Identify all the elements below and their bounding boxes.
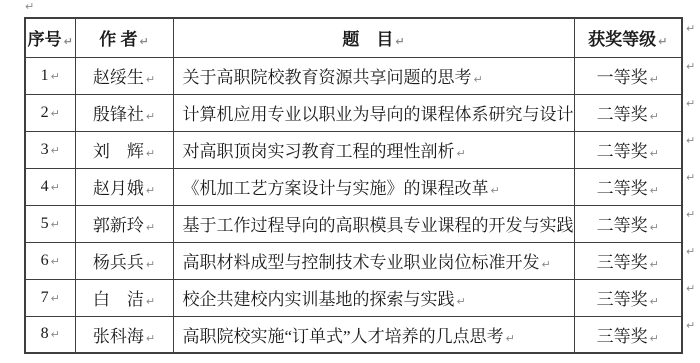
return-mark: ↵ [64, 35, 73, 48]
cell-no[interactable]: 6↵ [25, 242, 75, 279]
cell-text: 殷锋社 [93, 105, 144, 124]
cell-text: 4 [41, 178, 49, 195]
cell-author[interactable]: 刘 辉↵ [75, 131, 173, 168]
cell-text: 校企共建校内实训基地的探索与实践 [183, 290, 455, 309]
return-mark: ↵ [51, 144, 60, 157]
cell-text: 赵月娥 [93, 179, 144, 198]
cell-text: 杨兵兵 [93, 253, 144, 272]
cell-title[interactable]: 基于工作过程导向的高职模具专业课程的开发与实践↵ [173, 205, 574, 242]
table-row: 3↵ 刘 辉↵ 对高职顶岗实习教育工程的理性剖析↵ 二等奖↵ [25, 131, 682, 168]
return-mark: ↵ [457, 295, 466, 308]
return-mark: ↵ [686, 172, 695, 183]
return-mark: ↵ [686, 23, 695, 34]
return-mark: ↵ [140, 35, 149, 48]
return-mark: ↵ [686, 246, 695, 257]
cell-text: 一等奖 [597, 68, 648, 87]
return-mark: ↵ [146, 147, 155, 160]
cell-text: 郭新玲 [93, 216, 144, 235]
table-row: 4↵ 赵月娥↵ 《机加工艺方案设计与实施》的课程改革↵ 二等奖↵ [25, 168, 682, 205]
return-mark: ↵ [650, 295, 659, 308]
cell-text: 8 [41, 325, 49, 342]
cell-award[interactable]: 二等奖↵ [574, 94, 682, 131]
cell-text: 二等奖 [597, 105, 648, 124]
table-row: 8↵ 张科海↵ 高职院校实施“订单式”人才培养的几点思考↵ 三等奖↵ [25, 316, 682, 353]
return-mark: ↵ [51, 255, 60, 268]
header-cell-award[interactable]: 获奖等级↵ [574, 18, 682, 57]
award-table: 序号↵ 作 者↵ 题 目↵ 获奖等级↵ 1↵ 赵绥生↵ 关于高职院校教育资源共享… [24, 17, 683, 354]
return-mark: ↵ [686, 283, 695, 294]
header-label: 作 者 [99, 30, 137, 49]
cell-title[interactable]: 校企共建校内实训基地的探索与实践↵ [173, 279, 574, 316]
cell-text: 三等奖 [597, 253, 648, 272]
cell-text: 7 [41, 289, 49, 306]
cell-no[interactable]: 4↵ [25, 168, 75, 205]
cell-award[interactable]: 三等奖↵ [574, 316, 682, 353]
return-mark: ↵ [51, 107, 60, 120]
return-mark: ↵ [146, 258, 155, 271]
document-page: ↵ 序号↵ 作 者↵ 题 目↵ 获奖等级↵ 1↵ 赵绥生↵ 关于高职院校教育资源… [0, 0, 700, 363]
return-mark: ↵ [650, 258, 659, 271]
return-mark: ↵ [686, 98, 695, 109]
cell-author[interactable]: 殷锋社↵ [75, 94, 173, 131]
cell-award[interactable]: 三等奖↵ [574, 242, 682, 279]
return-mark: ↵ [686, 135, 695, 146]
cell-title[interactable]: 高职院校实施“订单式”人才培养的几点思考↵ [173, 316, 574, 353]
return-mark: ↵ [25, 1, 34, 12]
return-mark: ↵ [146, 295, 155, 308]
return-mark: ↵ [650, 73, 659, 86]
cell-text: 基于工作过程导向的高职模具专业课程的开发与实践 [183, 216, 574, 235]
cell-award[interactable]: 一等奖↵ [574, 57, 682, 94]
return-mark: ↵ [658, 35, 667, 48]
header-label: 题 目 [342, 30, 393, 49]
cell-text: 2 [41, 104, 49, 121]
return-mark: ↵ [146, 184, 155, 197]
cell-no[interactable]: 2↵ [25, 94, 75, 131]
return-mark: ↵ [650, 221, 659, 234]
cell-award[interactable]: 二等奖↵ [574, 205, 682, 242]
return-mark: ↵ [650, 110, 659, 123]
return-mark: ↵ [146, 110, 155, 123]
cell-award[interactable]: 二等奖↵ [574, 168, 682, 205]
cell-no[interactable]: 3↵ [25, 131, 75, 168]
cell-title[interactable]: 关于高职院校教育资源共享问题的思考↵ [173, 57, 574, 94]
header-label: 序号 [28, 30, 62, 49]
cell-no[interactable]: 7↵ [25, 279, 75, 316]
cell-text: 二等奖 [597, 179, 648, 198]
header-cell-no[interactable]: 序号↵ [25, 18, 75, 57]
cell-text: 1 [41, 67, 49, 84]
cell-text: 计算机应用专业以职业为导向的课程体系研究与设计 [183, 105, 574, 124]
cell-text: 高职院校实施“订单式”人才培养的几点思考 [183, 327, 504, 346]
return-mark: ↵ [491, 184, 500, 197]
return-mark: ↵ [146, 73, 155, 86]
return-mark: ↵ [51, 328, 60, 341]
cell-text: 三等奖 [597, 290, 648, 309]
header-cell-title[interactable]: 题 目↵ [173, 18, 574, 57]
cell-author[interactable]: 白 洁↵ [75, 279, 173, 316]
cell-text: 三等奖 [597, 327, 648, 346]
end-of-row-marks: ↵ ↵ ↵ ↵ ↵ ↵ ↵ ↵ ↵ [686, 17, 700, 357]
cell-text: 张科海 [93, 327, 144, 346]
return-mark: ↵ [474, 73, 483, 86]
return-mark: ↵ [650, 147, 659, 160]
cell-no[interactable]: 5↵ [25, 205, 75, 242]
cell-text: 二等奖 [597, 142, 648, 161]
table-row: 6↵ 杨兵兵↵ 高职材料成型与控制技术专业职业岗位标准开发↵ 三等奖↵ [25, 242, 682, 279]
header-label: 获奖等级 [588, 30, 656, 49]
table-row: 1↵ 赵绥生↵ 关于高职院校教育资源共享问题的思考↵ 一等奖↵ [25, 57, 682, 94]
cell-author[interactable]: 张科海↵ [75, 316, 173, 353]
return-mark: ↵ [146, 221, 155, 234]
return-mark: ↵ [686, 320, 695, 331]
header-cell-author[interactable]: 作 者↵ [75, 18, 173, 57]
cell-text: 3 [41, 141, 49, 158]
cell-award[interactable]: 三等奖↵ [574, 279, 682, 316]
cell-no[interactable]: 8↵ [25, 316, 75, 353]
return-mark: ↵ [51, 292, 60, 305]
cell-text: 赵绥生 [93, 68, 144, 87]
cell-text: 5 [41, 215, 49, 232]
return-mark: ↵ [686, 209, 695, 220]
return-mark: ↵ [650, 332, 659, 345]
return-mark: ↵ [395, 35, 404, 48]
cell-award[interactable]: 二等奖↵ [574, 131, 682, 168]
cell-title[interactable]: 高职材料成型与控制技术专业职业岗位标准开发↵ [173, 242, 574, 279]
cell-text: 刘 辉 [93, 142, 144, 161]
cell-text: 白 洁 [93, 290, 144, 309]
cell-author[interactable]: 杨兵兵↵ [75, 242, 173, 279]
cell-text: 《机加工艺方案设计与实施》的课程改革 [183, 179, 489, 198]
return-mark: ↵ [457, 147, 466, 160]
return-mark: ↵ [51, 181, 60, 194]
table-row: 2↵ 殷锋社↵ 计算机应用专业以职业为导向的课程体系研究与设计↵ 二等奖↵ [25, 94, 682, 131]
cell-text: 对高职顶岗实习教育工程的理性剖析 [183, 142, 455, 161]
return-mark: ↵ [506, 332, 515, 345]
cell-text: 关于高职院校教育资源共享问题的思考 [183, 68, 472, 87]
cell-author[interactable]: 赵月娥↵ [75, 168, 173, 205]
cell-title[interactable]: 计算机应用专业以职业为导向的课程体系研究与设计↵ [173, 94, 574, 131]
cell-author[interactable]: 赵绥生↵ [75, 57, 173, 94]
return-mark: ↵ [650, 184, 659, 197]
header-row: 序号↵ 作 者↵ 题 目↵ 获奖等级↵ [25, 18, 682, 57]
cell-text: 6 [41, 252, 49, 269]
cell-no[interactable]: 1↵ [25, 57, 75, 94]
return-mark: ↵ [51, 70, 60, 83]
cell-text: 二等奖 [597, 216, 648, 235]
cell-title[interactable]: 《机加工艺方案设计与实施》的课程改革↵ [173, 168, 574, 205]
table-row: 7↵ 白 洁↵ 校企共建校内实训基地的探索与实践↵ 三等奖↵ [25, 279, 682, 316]
cell-text: 高职材料成型与控制技术专业职业岗位标准开发 [183, 253, 540, 272]
return-mark: ↵ [542, 258, 551, 271]
cell-title[interactable]: 对高职顶岗实习教育工程的理性剖析↵ [173, 131, 574, 168]
return-mark: ↵ [146, 332, 155, 345]
table-row: 5↵ 郭新玲↵ 基于工作过程导向的高职模具专业课程的开发与实践↵ 二等奖↵ [25, 205, 682, 242]
cell-author[interactable]: 郭新玲↵ [75, 205, 173, 242]
return-mark: ↵ [51, 218, 60, 231]
return-mark: ↵ [686, 61, 695, 72]
